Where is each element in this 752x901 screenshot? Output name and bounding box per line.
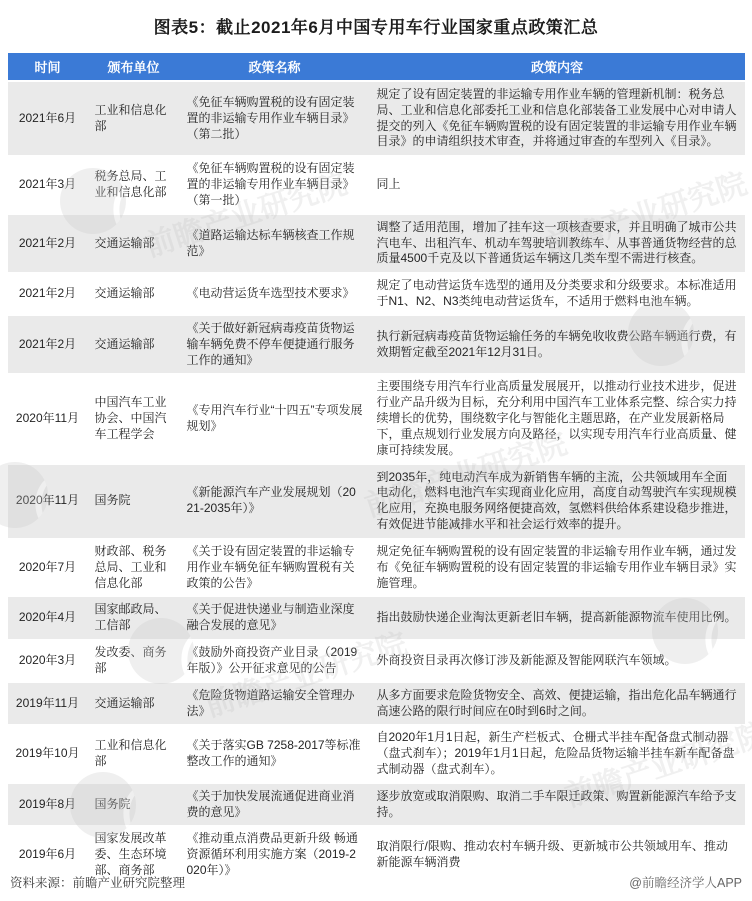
cell-policy-name: 《电动营运货车选型技术要求》 — [180, 273, 370, 316]
table-row: 2020年3月 发改委、商务部 《鼓励外商投资产业目录（2019年版）》公开征求… — [8, 640, 745, 683]
table-row: 2021年2月 交通运输部 《电动营运货车选型技术要求》 规定了电动营运货车选型… — [8, 273, 745, 316]
cell-time: 2021年2月 — [8, 214, 88, 272]
table-row: 2020年7月 财政部、税务总局、工业和信息化部 《关于设有固定装置的非运输专用… — [8, 538, 745, 596]
cell-time: 2021年2月 — [8, 315, 88, 373]
cell-policy-content: 主要围绕专用汽车行业高质量发展展开，以推动行业技术进步，促进行业产品升级为目标，… — [370, 374, 745, 464]
table-header: 时间 颁布单位 政策名称 政策内容 — [8, 53, 745, 81]
cell-issuer: 交通运输部 — [88, 214, 180, 272]
cell-policy-content: 逐步放宽或取消限购、取消二手车限迁政策、购置新能源汽车给予支持。 — [370, 783, 745, 826]
cell-policy-name: 《关于做好新冠病毒疫苗货物运输车辆免费不停车便捷通行服务工作的通知》 — [180, 315, 370, 373]
cell-time: 2020年11月 — [8, 464, 88, 538]
table-row: 2020年11月 国务院 《新能源汽车产业发展规划（2021-2035年）》 到… — [8, 464, 745, 538]
cell-policy-content: 规定免征车辆购置税的设有固定装置的非运输专用作业车辆，通过发布《免征车辆购置税的… — [370, 538, 745, 596]
cell-time: 2021年3月 — [8, 156, 88, 214]
cell-time: 2020年3月 — [8, 640, 88, 683]
cell-issuer: 国务院 — [88, 783, 180, 826]
cell-time: 2019年11月 — [8, 682, 88, 725]
brand-credit: @前瞻经济学人APP — [629, 873, 742, 891]
cell-issuer: 国家邮政局、工信部 — [88, 597, 180, 640]
table-row: 2020年11月 中国汽车工业协会、中国汽车工程学会 《专用汽车行业“十四五”专… — [8, 374, 745, 464]
cell-issuer: 交通运输部 — [88, 273, 180, 316]
cell-policy-content: 到2035年，纯电动汽车成为新销售车辆的主流，公共领域用车全面电动化，燃料电池汽… — [370, 464, 745, 538]
table-body: 2021年6月 工业和信息化部 《免征车辆购置税的设有固定装置的非运输专用作业车… — [8, 81, 745, 884]
table-row: 2021年3月 税务总局、工业和信息化部 《免征车辆购置税的设有固定装置的非运输… — [8, 156, 745, 214]
column-header-time: 时间 — [8, 53, 88, 81]
figure-title: 图表5：截止2021年6月中国专用车行业国家重点政策汇总 — [0, 0, 752, 38]
cell-issuer: 国务院 — [88, 464, 180, 538]
cell-time: 2020年4月 — [8, 597, 88, 640]
cell-policy-name: 《关于设有固定装置的非运输专用作业车辆免征车辆购置税有关政策的公告》 — [180, 538, 370, 596]
column-header-policy-name: 政策名称 — [180, 53, 370, 81]
table-row: 2019年10月 工业和信息化部 《关于落实GB 7258-2017等标准整改工… — [8, 725, 745, 783]
table-row: 2021年6月 工业和信息化部 《免征车辆购置税的设有固定装置的非运输专用作业车… — [8, 81, 745, 156]
cell-time: 2021年2月 — [8, 273, 88, 316]
cell-time: 2021年6月 — [8, 81, 88, 156]
cell-policy-content: 规定了电动营运货车选型的通用及分类要求和分级要求。本标准适用于N1、N2、N3类… — [370, 273, 745, 316]
cell-issuer: 中国汽车工业协会、中国汽车工程学会 — [88, 374, 180, 464]
cell-policy-name: 《鼓励外商投资产业目录（2019年版）》公开征求意见的公告 — [180, 640, 370, 683]
cell-policy-content: 指出鼓励快递企业淘汰更新老旧车辆，提高新能源物流车使用比例。 — [370, 597, 745, 640]
cell-policy-name: 《新能源汽车产业发展规划（2021-2035年）》 — [180, 464, 370, 538]
table-row: 2019年8月 国务院 《关于加快发展流通促进商业消费的意见》 逐步放宽或取消限… — [8, 783, 745, 826]
figure-footer: 资料来源：前瞻产业研究院整理 @前瞻经济学人APP — [10, 873, 742, 891]
cell-time: 2019年10月 — [8, 725, 88, 783]
cell-policy-content: 自2020年1月1日起，新生产栏板式、仓栅式半挂车配备盘式制动器（盘式刹车）；2… — [370, 725, 745, 783]
cell-policy-content: 外商投资目录再次修订涉及新能源及智能网联汽车领域。 — [370, 640, 745, 683]
cell-policy-content: 执行新冠病毒疫苗货物运输任务的车辆免收收费公路车辆通行费，有效期暂定截至2021… — [370, 315, 745, 373]
cell-policy-name: 《关于促进快递业与制造业深度融合发展的意见》 — [180, 597, 370, 640]
cell-policy-content: 规定了设有固定装置的非运输专用作业车辆的管理新机制：税务总局、工业和信息化部委托… — [370, 81, 745, 156]
cell-policy-content: 调整了适用范围，增加了挂车这一项核查要求，并且明确了城市公共汽电车、出租汽车、机… — [370, 214, 745, 272]
table-row: 2020年4月 国家邮政局、工信部 《关于促进快递业与制造业深度融合发展的意见》… — [8, 597, 745, 640]
cell-policy-name: 《免征车辆购置税的设有固定装置的非运输专用作业车辆目录》（第一批） — [180, 156, 370, 214]
source-note: 资料来源：前瞻产业研究院整理 — [10, 873, 185, 891]
cell-issuer: 财政部、税务总局、工业和信息化部 — [88, 538, 180, 596]
cell-time: 2020年11月 — [8, 374, 88, 464]
cell-time: 2020年7月 — [8, 538, 88, 596]
cell-issuer: 交通运输部 — [88, 682, 180, 725]
cell-issuer: 工业和信息化部 — [88, 81, 180, 156]
cell-issuer: 税务总局、工业和信息化部 — [88, 156, 180, 214]
cell-policy-content: 同上 — [370, 156, 745, 214]
table-row: 2019年11月 交通运输部 《危险货物道路运输安全管理办法》 从多方面要求危险… — [8, 682, 745, 725]
cell-issuer: 发改委、商务部 — [88, 640, 180, 683]
cell-issuer: 交通运输部 — [88, 315, 180, 373]
table-row: 2021年2月 交通运输部 《道路运输达标车辆核查工作规范》 调整了适用范围，增… — [8, 214, 745, 272]
column-header-policy-content: 政策内容 — [370, 53, 745, 81]
header-row: 时间 颁布单位 政策名称 政策内容 — [8, 53, 745, 81]
cell-policy-name: 《专用汽车行业“十四五”专项发展规划》 — [180, 374, 370, 464]
cell-policy-name: 《危险货物道路运输安全管理办法》 — [180, 682, 370, 725]
cell-policy-name: 《关于加快发展流通促进商业消费的意见》 — [180, 783, 370, 826]
cell-issuer: 工业和信息化部 — [88, 725, 180, 783]
table-row: 2021年2月 交通运输部 《关于做好新冠病毒疫苗货物运输车辆免费不停车便捷通行… — [8, 315, 745, 373]
cell-policy-name: 《道路运输达标车辆核查工作规范》 — [180, 214, 370, 272]
figure-page: 图表5：截止2021年6月中国专用车行业国家重点政策汇总 时间 颁布单位 政策名… — [0, 0, 752, 901]
cell-policy-name: 《关于落实GB 7258-2017等标准整改工作的通知》 — [180, 725, 370, 783]
policy-table: 时间 颁布单位 政策名称 政策内容 2021年6月 工业和信息化部 《免征车辆购… — [8, 53, 745, 885]
cell-time: 2019年8月 — [8, 783, 88, 826]
column-header-issuer: 颁布单位 — [88, 53, 180, 81]
cell-policy-content: 从多方面要求危险货物安全、高效、便捷运输，指出危化品车辆通行高速公路的限行时间应… — [370, 682, 745, 725]
cell-policy-name: 《免征车辆购置税的设有固定装置的非运输专用作业车辆目录》（第二批） — [180, 81, 370, 156]
